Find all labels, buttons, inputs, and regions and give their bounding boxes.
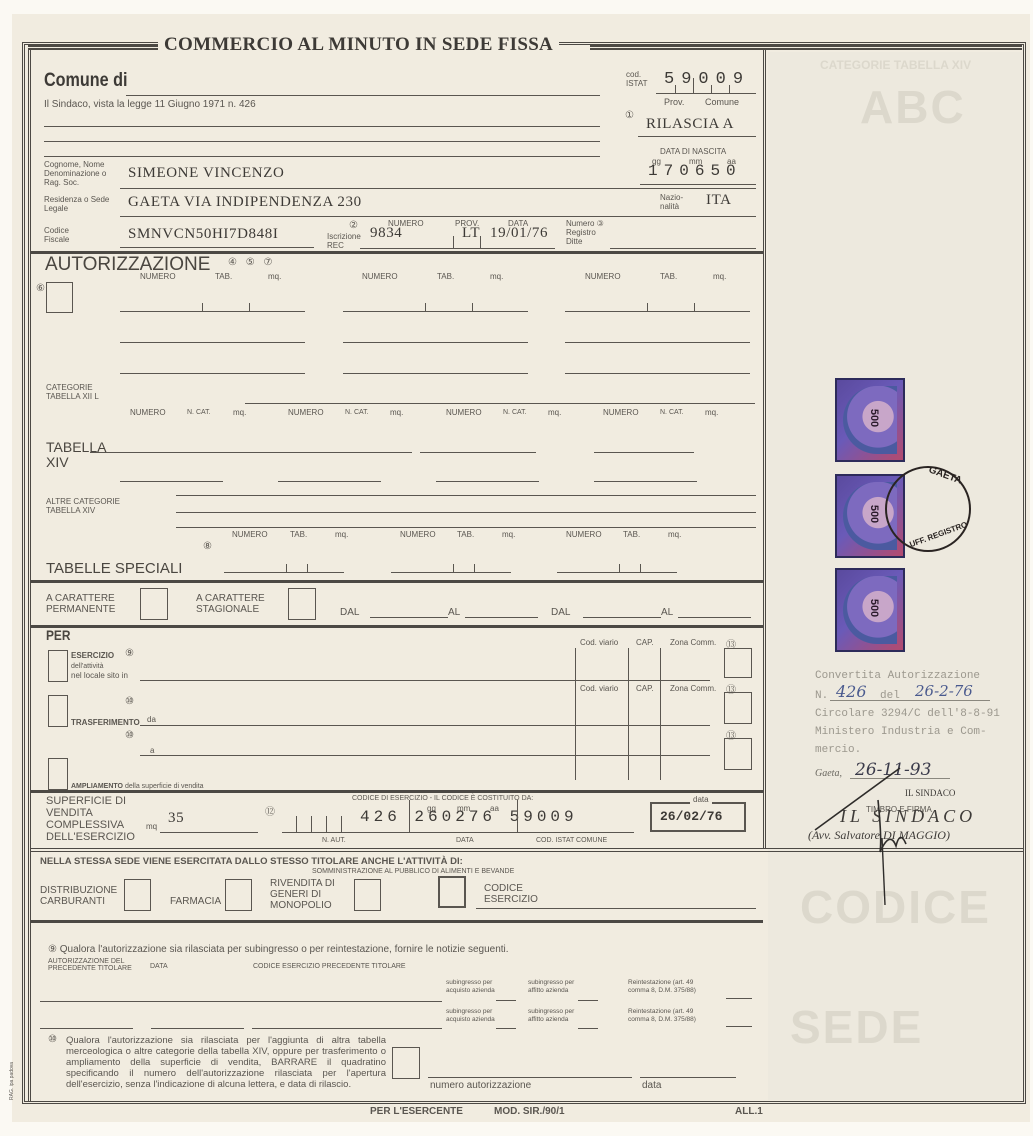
aut-field[interactable]: [343, 311, 528, 312]
codice-esercizio-value[interactable]: 426 260276 59009: [360, 808, 578, 826]
altre-field[interactable]: [176, 527, 756, 528]
codice-fiscale-value[interactable]: SMNVCN50HI7D848I: [128, 226, 278, 243]
annotation-line: [830, 700, 990, 701]
aggiunta-checkbox[interactable]: [392, 1047, 420, 1079]
annotation-line4: Ministero Industria e Com-: [815, 726, 987, 738]
esercizio-checkbox[interactable]: [48, 650, 68, 682]
col-mq: mq.: [335, 530, 348, 539]
aut-field[interactable]: [565, 373, 750, 374]
data-nascita-value: 170650: [648, 162, 742, 180]
esercizio-sub2: nel locale sito in: [71, 671, 128, 680]
reintestazione-field[interactable]: [726, 998, 752, 999]
cap-label: CAP.: [636, 684, 654, 693]
col-numero: NUMERO: [566, 530, 602, 539]
acquisto-field[interactable]: [496, 1000, 516, 1001]
tab-xiv-field-2[interactable]: [594, 481, 697, 482]
comune-sub-label: Comune: [705, 97, 739, 107]
right-section-divider: [763, 48, 766, 848]
section-rule: [30, 580, 763, 583]
col-tab: TAB.: [623, 530, 640, 539]
code-col-divider: [660, 648, 661, 780]
trasferimento-label: TRASFERIMENTO: [71, 718, 140, 727]
esercizio-sub: dell'attività: [71, 662, 103, 671]
tick: [453, 236, 454, 248]
marker-9: ⑨: [125, 648, 134, 659]
categorie-field[interactable]: [245, 403, 755, 404]
col-mq: mq.: [502, 530, 515, 539]
tick: [202, 303, 203, 311]
distribuzione-checkbox[interactable]: [124, 879, 151, 911]
autorizzazione-heading: AUTORIZZAZIONE: [45, 255, 210, 275]
permanente-label: A CARATTERE PERMANENTE: [46, 593, 136, 615]
altre-field[interactable]: [176, 512, 756, 513]
aut-field[interactable]: [565, 311, 750, 312]
rilascia-label: RILASCIA A: [646, 116, 734, 133]
col-codice: CODICE ESERCIZIO PRECEDENTE TITOLARE: [253, 962, 406, 971]
sub-field[interactable]: [252, 1028, 442, 1029]
col-mq: mq.: [548, 408, 561, 417]
tabelle-speciali-label: TABELLE SPECIALI: [46, 561, 182, 576]
revenue-stamp: 500: [835, 378, 905, 462]
cod-istat-line: [656, 93, 756, 94]
marker-8: ⑧: [203, 541, 212, 552]
code-col-divider: [628, 648, 629, 780]
col-ncat: N. CAT.: [660, 408, 684, 417]
col-mq: mq.: [705, 408, 718, 417]
mq-label: mq: [146, 822, 157, 831]
tick: [326, 816, 327, 832]
tick: [296, 816, 297, 832]
codice-heading: CODICE DI ESERCIZIO - IL CODICE È COSTIT…: [352, 794, 533, 803]
col-tab: TAB.: [215, 272, 232, 281]
aggiunta-data-field[interactable]: [640, 1077, 736, 1078]
title-rule-right: [590, 45, 1022, 50]
annotation-line5: mercio.: [815, 744, 861, 756]
marker-10c: ⑩: [48, 1034, 57, 1045]
tick: [341, 816, 342, 832]
al-field[interactable]: [465, 617, 538, 618]
tick: [694, 303, 695, 311]
speciali-field[interactable]: [557, 572, 677, 573]
cognome-line: [120, 188, 756, 189]
dal-label: DAL: [340, 607, 359, 618]
affitto-field[interactable]: [578, 1000, 598, 1001]
tick: [474, 564, 475, 572]
tab-xiv-field[interactable]: [278, 452, 378, 453]
al-field[interactable]: [678, 617, 751, 618]
cf-line: [120, 247, 314, 248]
revenue-stamp: 500: [835, 568, 905, 652]
col-numero: NUMERO: [140, 272, 176, 281]
blank-line-2[interactable]: [44, 141, 600, 142]
mod-label: MOD. SIR./90/1: [494, 1106, 565, 1117]
col-tab: TAB.: [437, 272, 454, 281]
dal-field[interactable]: [370, 617, 448, 618]
per-esercente-label: PER L'ESERCENTE: [370, 1106, 463, 1117]
col-numero: NUMERO: [446, 408, 482, 417]
annotation-n-label: N.: [815, 690, 828, 702]
affitto-label: subingresso per affitto azienda: [528, 1008, 578, 1024]
da-label: da: [147, 715, 156, 724]
marker-12: ⑫: [265, 803, 275, 818]
numero-autorizzazione-field[interactable]: [428, 1077, 632, 1078]
col-tab: TAB.: [457, 530, 474, 539]
ampliamento-checkbox[interactable]: [48, 758, 68, 790]
permanente-checkbox[interactable]: [140, 588, 168, 620]
sub-field[interactable]: [40, 1028, 133, 1029]
cod-viario-label: Cod. viario: [580, 638, 618, 647]
annotation-n-value: 426: [836, 682, 867, 701]
code-col-divider: [575, 648, 576, 780]
section-rule: [30, 625, 763, 628]
somministrazione-label: SOMMINISTRAZIONE AL PUBBLICO DI ALIMENTI…: [312, 867, 514, 876]
altre-field[interactable]: [176, 495, 756, 496]
sub-field[interactable]: [252, 1001, 442, 1002]
col-numero: NUMERO: [362, 272, 398, 281]
tab-xiv-field-2[interactable]: [120, 481, 223, 482]
cod-viario-label: Cod. viario: [580, 684, 618, 693]
annotation-line1: Convertita Autorizzazione: [815, 670, 980, 682]
distribuzione-label: DISTRIBUZIONE CARBURANTI: [40, 885, 122, 907]
marker-10b: ⑩: [125, 730, 134, 741]
codice-esercizio-label: CODICE ESERCIZIO: [484, 883, 554, 905]
somministrazione-checkbox[interactable]: [438, 876, 466, 908]
esercizio-address-field[interactable]: [140, 680, 710, 681]
autorizzazione-checkbox[interactable]: [46, 282, 73, 313]
autorizzazione-markers: ④ ⑤ ⑦: [228, 257, 275, 268]
cap-label: CAP.: [636, 638, 654, 647]
iscrizione-label: Iscrizione REC: [327, 232, 361, 250]
acquisto-label: subingresso per acquisto azienda: [446, 979, 501, 995]
reintestazione-label: Reintestazione (art. 49 comma 8, D.M. 37…: [628, 979, 708, 995]
numero-autorizzazione-label: numero autorizzazione: [430, 1080, 531, 1091]
zona-checkbox-1[interactable]: [724, 648, 752, 678]
aggiunta-note: Qualora l'autorizzazione sia rilasciata …: [66, 1035, 386, 1090]
trasferimento-checkbox[interactable]: [48, 695, 68, 727]
codice-fiscale-label: Codice Fiscale: [44, 226, 94, 244]
acquisto-field[interactable]: [496, 1028, 516, 1029]
annotation-del-value: 26-2-76: [915, 682, 973, 700]
col-numero: NUMERO: [400, 530, 436, 539]
residenza-line: [120, 216, 756, 217]
tick: [517, 800, 518, 832]
title-rule-left: [28, 45, 158, 50]
marker-2: ②: [349, 220, 358, 231]
altre-categorie-label: ALTRE CATEGORIE TABELLA XIV: [46, 497, 146, 515]
marker-6: ⑥: [36, 283, 45, 294]
rivendita-checkbox[interactable]: [354, 879, 381, 911]
reintestazione-label: Reintestazione (art. 49 comma 8, D.M. 37…: [628, 1008, 708, 1024]
aut-field[interactable]: [343, 373, 528, 374]
col-mq: mq.: [233, 408, 246, 417]
tick: [307, 564, 308, 572]
marker-10: ⑩: [125, 696, 134, 707]
tick: [729, 85, 730, 93]
trasferimento-a-field[interactable]: [140, 755, 710, 756]
tick: [425, 303, 426, 311]
numero-value[interactable]: 9834: [370, 225, 402, 242]
sub-field[interactable]: [151, 1028, 244, 1029]
superficie-line: [160, 832, 258, 833]
trasferimento-da-field[interactable]: [140, 725, 710, 726]
col-ncat: N. CAT.: [187, 408, 211, 417]
aggiunta-data-label: data: [642, 1080, 661, 1091]
reintestazione-field[interactable]: [726, 1026, 752, 1027]
tick: [472, 303, 473, 311]
col-mq: mq.: [713, 272, 726, 281]
stessa-sede-heading: NELLA STESSA SEDE VIENE ESERCITATA DALLO…: [40, 856, 463, 867]
a-label: a: [150, 746, 154, 755]
zona-checkbox-2[interactable]: [724, 692, 752, 724]
stagionale-label: A CARATTERE STAGIONALE: [196, 593, 286, 615]
acquisto-label: subingresso per acquisto azienda: [446, 1008, 501, 1024]
col-numero: NUMERO: [232, 530, 268, 539]
aut-field[interactable]: [565, 342, 750, 343]
col-mq: mq.: [390, 408, 403, 417]
dal-field[interactable]: [583, 617, 661, 618]
form-title: COMMERCIO AL MINUTO IN SEDE FISSA: [158, 34, 559, 56]
aut-field[interactable]: [120, 342, 305, 343]
nazionalita-value[interactable]: ITA: [706, 192, 732, 209]
n-aut-label: N. AUT.: [322, 836, 346, 845]
subingresso-note: ⑨ Qualora l'autorizzazione sia rilasciat…: [48, 944, 509, 955]
col-numero: NUMERO: [130, 408, 166, 417]
zona-checkbox-3[interactable]: [724, 738, 752, 770]
tick: [311, 816, 312, 832]
col-tab: TAB.: [660, 272, 677, 281]
cod-istat-label: cod. ISTAT: [626, 70, 656, 88]
tick: [675, 85, 676, 93]
col-ncat: N. CAT.: [503, 408, 527, 417]
tab-xiv-field[interactable]: [436, 452, 536, 453]
marker-1: ①: [625, 110, 634, 121]
printer-mark: RAG. ipa padova: [8, 1062, 17, 1100]
col-aut-precedente: AUTORIZZAZIONE DEL PRECEDENTE TITOLARE: [48, 958, 133, 972]
tab-xiv-field[interactable]: [120, 452, 220, 453]
tick: [693, 78, 694, 93]
speciali-field[interactable]: [391, 572, 511, 573]
tick: [286, 564, 287, 572]
aut-field[interactable]: [120, 311, 305, 312]
prov-rec-value[interactable]: LT: [462, 225, 480, 242]
section-rule: [30, 920, 763, 923]
rec-line: [360, 248, 555, 249]
signature-scribble: [810, 760, 960, 910]
al-label: AL: [661, 607, 673, 618]
comune-field[interactable]: [126, 95, 600, 96]
affitto-field[interactable]: [578, 1028, 598, 1029]
sub-field[interactable]: [40, 1001, 133, 1002]
dal-label: DAL: [551, 607, 570, 618]
tick: [711, 85, 712, 93]
comune-label: Comune di: [44, 70, 127, 92]
tabella-xiv-label: TABELLA XIV: [46, 440, 116, 470]
affitto-label: subingresso per affitto azienda: [528, 979, 578, 995]
date-box-label: data: [690, 795, 712, 804]
residenza-value[interactable]: GAETA VIA INDIPENDENZA 230: [128, 194, 362, 211]
rilascia-line: [638, 136, 756, 137]
col-mq: mq.: [490, 272, 503, 281]
cognome-label: Cognome, Nome Denominazione o Rag. Soc.: [44, 160, 114, 187]
tick: [647, 303, 648, 311]
prov-label: Prov.: [664, 97, 684, 107]
aut-field[interactable]: [343, 342, 528, 343]
tick: [453, 564, 454, 572]
col-numero: NUMERO: [603, 408, 639, 417]
cod-istat-value: 59009: [664, 70, 750, 89]
col-data: DATA: [150, 962, 168, 971]
tick: [619, 564, 620, 572]
col-tab: TAB.: [290, 530, 307, 539]
tick: [409, 800, 410, 832]
data-label: DATA: [456, 836, 474, 845]
superficie-label: SUPERFICIE DI VENDITA COMPLESSIVA DELL'E…: [46, 795, 136, 843]
tab-xiv-field-2[interactable]: [436, 481, 539, 482]
cognome-value[interactable]: SIMEONE VINCENZO: [128, 165, 284, 182]
speciali-field[interactable]: [224, 572, 344, 573]
registro-label: Numero ③ Registro Ditte: [566, 219, 606, 246]
zona-label: Zona Comm.: [670, 638, 716, 647]
registro-field[interactable]: [610, 248, 756, 249]
residenza-label: Residenza o Sede Legale: [44, 195, 114, 213]
annotation-line3: Circolare 3294/C dell'8-8-91: [815, 708, 1000, 720]
col-numero: NUMERO: [585, 272, 621, 281]
section-rule: [30, 790, 763, 793]
per-heading: PER: [46, 627, 70, 643]
codice-esercizio-field[interactable]: [476, 908, 756, 909]
istat-label: COD. ISTAT COMUNE: [536, 836, 607, 845]
tick: [640, 564, 641, 572]
blank-line-3[interactable]: [44, 156, 600, 157]
col-ncat: N. CAT.: [345, 408, 369, 417]
data-rec-value[interactable]: 19/01/76: [490, 225, 548, 242]
rivendita-label: RIVENDITA DI GENERI DI MONOPOLIO: [270, 878, 350, 911]
aut-field[interactable]: [120, 373, 305, 374]
superficie-value[interactable]: 35: [168, 810, 184, 827]
legge-text: Il Sindaco, vista la legge 11 Giugno 197…: [44, 99, 256, 110]
date-box-value[interactable]: 26/02/76: [660, 809, 722, 824]
col-mq: mq.: [268, 272, 281, 281]
col-mq: mq.: [668, 530, 681, 539]
tick: [480, 236, 481, 248]
al-label: AL: [448, 607, 460, 618]
sub-field[interactable]: [151, 1001, 244, 1002]
categorie-label: CATEGORIE TABELLA XII L: [46, 383, 126, 401]
tick: [249, 303, 250, 311]
esercizio-label: ESERCIZIO: [71, 651, 114, 660]
farmacia-label: FARMACIA: [170, 896, 221, 907]
tab-xiv-field[interactable]: [594, 452, 694, 453]
blank-line-1[interactable]: [44, 126, 600, 127]
nazionalita-label: Nazio- nalità: [660, 193, 690, 211]
data-nascita-label: DATA DI NASCITA: [660, 147, 726, 156]
farmacia-checkbox[interactable]: [225, 879, 252, 911]
zona-label: Zona Comm.: [670, 684, 716, 693]
codice-line: [282, 832, 634, 833]
stagionale-checkbox[interactable]: [288, 588, 316, 620]
all-label: ALL.1: [735, 1106, 763, 1117]
col-numero: NUMERO: [288, 408, 324, 417]
tab-xiv-field-2[interactable]: [278, 481, 381, 482]
data-nascita-line: [640, 184, 756, 185]
